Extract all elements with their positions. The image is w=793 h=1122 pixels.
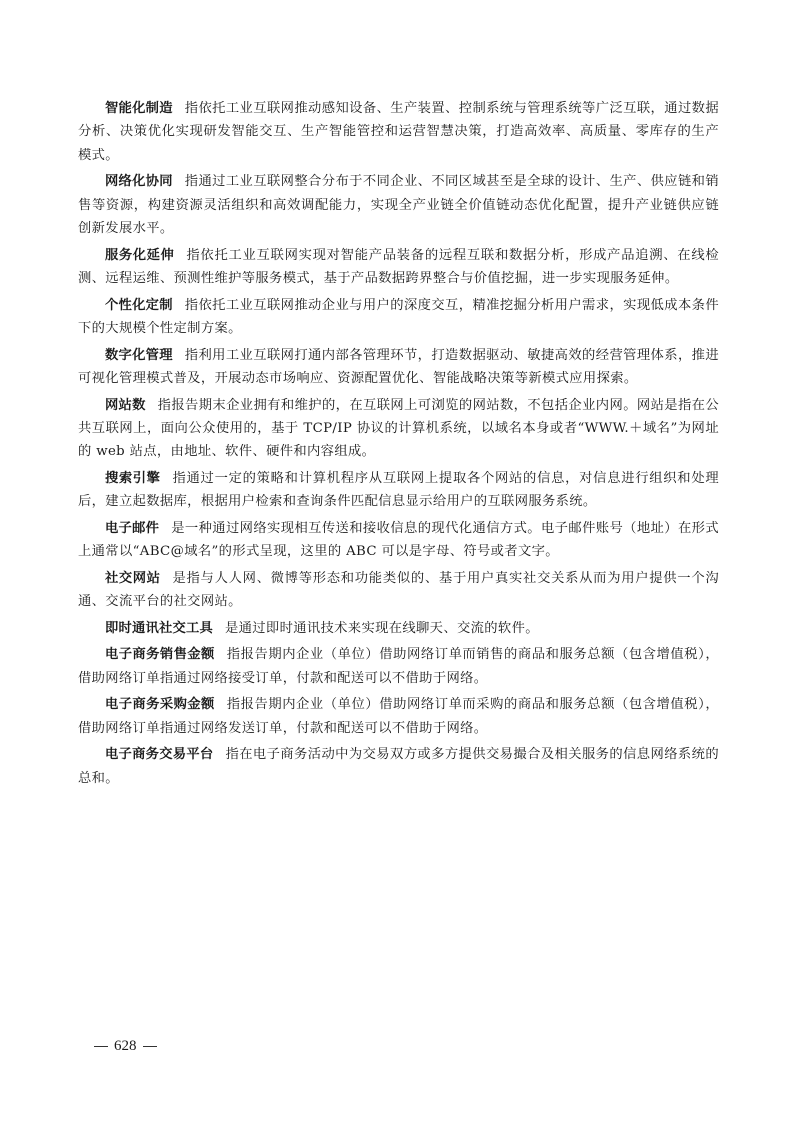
glossary-entry: 网站数指报告期末企业拥有和维护的，在互联网上可浏览的网站数，不包括企业内网。网站…: [78, 394, 719, 464]
glossary-body: 智能化制造指依托工业互联网推动感知设备、生产装置、控制系统与管理系统等广泛互联，…: [78, 97, 719, 793]
entry-definition: 是通过即时通讯技术来实现在线聊天、交流的软件。: [225, 621, 539, 636]
glossary-entry: 电子商务交易平台指在电子商务活动中为交易双方或多方提供交易撮合及相关服务的信息网…: [78, 743, 719, 790]
glossary-entry: 个性化定制指依托工业互联网推动企业与用户的深度交互，精准挖掘分析用户需求，实现低…: [78, 294, 719, 341]
entry-term: 电子邮件: [105, 521, 159, 536]
glossary-entry: 服务化延伸指依托工业互联网实现对智能产品装备的远程互联和数据分析，形成产品追溯、…: [78, 244, 719, 291]
entry-definition: 指通过一定的策略和计算机程序从互联网上提取各个网站的信息，对信息进行组织和处理后…: [78, 471, 719, 509]
entry-definition: 指依托工业互联网推动企业与用户的深度交互，精准挖掘分析用户需求，实现低成本条件下…: [78, 298, 719, 336]
entry-term: 社交网站: [105, 571, 161, 586]
entry-term: 智能化制造: [105, 101, 173, 116]
glossary-entry: 社交网站是指与人人网、微博等形态和功能类似的、基于用户真实社交关系从而为用户提供…: [78, 567, 719, 614]
glossary-entry: 网络化协同指通过工业互联网整合分布于不同企业、不同区域甚至是全球的设计、生产、供…: [78, 170, 719, 240]
entry-definition: 是指与人人网、微博等形态和功能类似的、基于用户真实社交关系从而为用户提供一个沟通…: [78, 571, 719, 609]
glossary-entry: 搜索引擎指通过一定的策略和计算机程序从互联网上提取各个网站的信息，对信息进行组织…: [78, 467, 719, 514]
entry-term: 网站数: [105, 398, 146, 413]
glossary-entry: 即时通讯社交工具是通过即时通讯技术来实现在线聊天、交流的软件。: [78, 617, 719, 640]
glossary-entry: 智能化制造指依托工业互联网推动感知设备、生产装置、控制系统与管理系统等广泛互联，…: [78, 97, 719, 167]
entry-definition: 指利用工业互联网打通内部各管理环节，打造数据驱动、敏捷高效的经营管理体系，推进可…: [78, 348, 719, 386]
glossary-entry: 电子邮件是一种通过网络实现相互传送和接收信息的现代化通信方式。电子邮件账号（地址…: [78, 517, 719, 564]
footer-dash-left: [94, 1046, 108, 1047]
entry-definition: 指通过工业互联网整合分布于不同企业、不同区域甚至是全球的设计、生产、供应链和销售…: [78, 174, 719, 236]
entry-definition: 指报告期末企业拥有和维护的，在互联网上可浏览的网站数，不包括企业内网。网站是指在…: [78, 398, 719, 460]
footer-dash-right: [143, 1046, 157, 1047]
page-number: 628: [114, 1038, 137, 1054]
entry-term: 即时通讯社交工具: [105, 621, 213, 636]
entry-term: 网络化协同: [105, 174, 173, 189]
entry-term: 搜索引擎: [105, 471, 161, 486]
entry-definition: 是一种通过网络实现相互传送和接收信息的现代化通信方式。电子邮件账号（地址）在形式…: [78, 521, 719, 559]
entry-term: 电子商务交易平台: [105, 747, 213, 762]
entry-term: 个性化定制: [105, 298, 173, 313]
entry-term: 电子商务销售金额: [105, 647, 215, 662]
glossary-entry: 电子商务采购金额指报告期内企业（单位）借助网络订单而采购的商品和服务总额（包含增…: [78, 693, 719, 740]
entry-definition: 指依托工业互联网推动感知设备、生产装置、控制系统与管理系统等广泛互联，通过数据分…: [78, 101, 719, 163]
glossary-entry: 数字化管理指利用工业互联网打通内部各管理环节，打造数据驱动、敏捷高效的经营管理体…: [78, 344, 719, 391]
entry-term: 服务化延伸: [105, 248, 174, 263]
entry-term: 电子商务采购金额: [105, 697, 215, 712]
page-footer: 628: [88, 1038, 163, 1055]
entry-term: 数字化管理: [105, 348, 173, 363]
entry-definition: 指依托工业互联网实现对智能产品装备的远程互联和数据分析，形成产品追溯、在线检测、…: [78, 248, 719, 286]
glossary-entry: 电子商务销售金额指报告期内企业（单位）借助网络订单而销售的商品和服务总额（包含增…: [78, 643, 719, 690]
